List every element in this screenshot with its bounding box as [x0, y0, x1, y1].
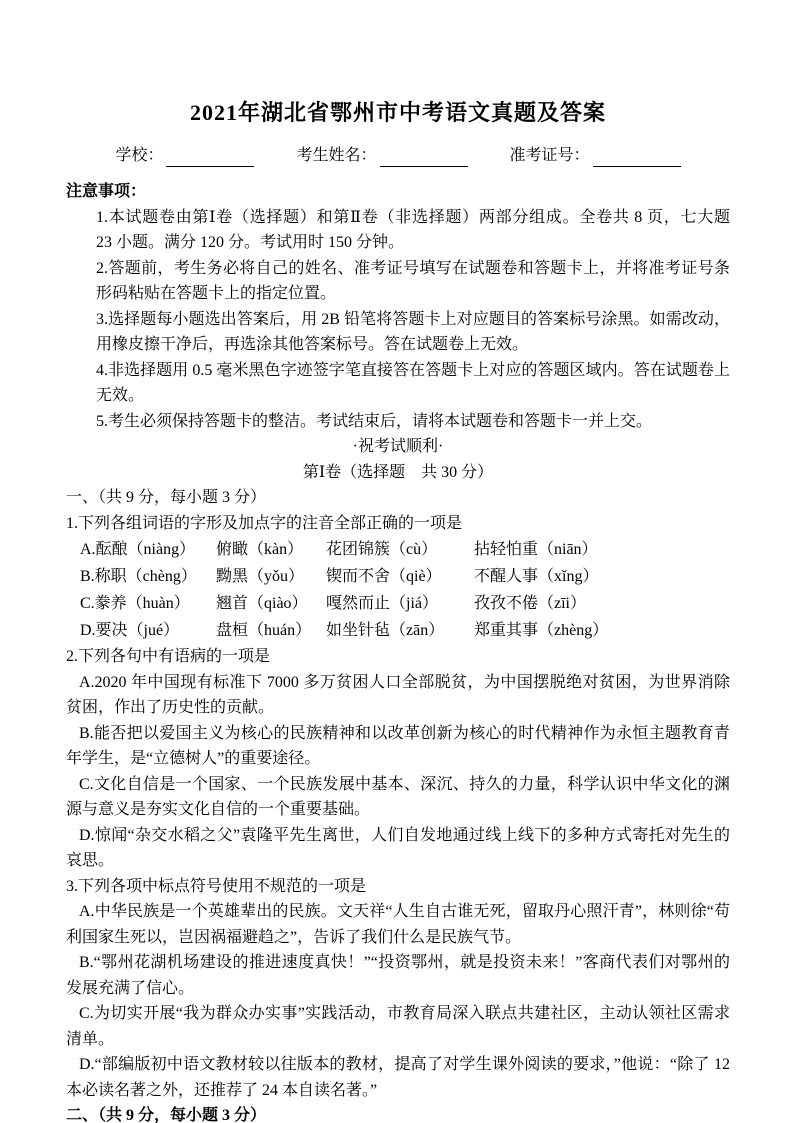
admission-number-blank-line — [593, 151, 681, 167]
question-2-stem: 2.下列各句中有语病的一项是 — [66, 644, 730, 670]
question-2-option-b: B.能否把以爱国主义为核心的民族精神和以改革创新为核心的时代精神作为永恒主题教育… — [66, 721, 730, 772]
section-2-heading: 二、（共 9 分，每小题 3 分） — [66, 1103, 730, 1123]
notice-item-5: 5.考生必须保持答题卡的整洁。考试结束后，请将本试题卷和答题卡一并上交。 — [96, 409, 730, 435]
exam-wish: ·祝考试顺利· — [66, 434, 730, 460]
q1-a-word-3: 花团锦簇（cù） — [326, 536, 474, 563]
question-1-option-c: C.豢养（huàn） 翘首（qiào） 嘎然而止（jiá） 孜孜不倦（zīi） — [80, 590, 730, 617]
notice-item-1: 1.本试题卷由第Ⅰ卷（选择题）和第Ⅱ卷（非选择题）两部分组成。全卷共 8 页，七… — [96, 205, 730, 256]
question-3-stem: 3.下列各项中标点符号使用不规范的一项是 — [66, 874, 730, 900]
q1-b-word-1: B.称职（chèng） — [80, 563, 216, 590]
q1-a-word-2: 俯瞰（kàn） — [216, 536, 326, 563]
q1-c-word-3: 嘎然而止（jiá） — [326, 590, 474, 617]
admission-number-field: 准考证号： — [510, 145, 681, 167]
q1-c-word-2: 翘首（qiào） — [216, 590, 326, 617]
notice-item-3: 3.选择题每小题选出答案后，用 2B 铅笔将答题卡上对应题目的答案标号涂黑。如需… — [96, 307, 730, 358]
question-2-option-d: D.惊闻“杂交水稻之父”袁隆平先生离世，人们自发地通过线上线下的多种方式寄托对先… — [66, 823, 730, 874]
header-fields: 学校： 考生姓名： 准考证号： — [66, 145, 730, 167]
notice-item-4: 4.非选择题用 0.5 毫米黑色字迹签字笔直接答在答题卡上对应的答题区域内。答在… — [96, 358, 730, 409]
student-name-label: 考生姓名： — [296, 145, 376, 167]
notice-item-2: 2.答题前，考生务必将自己的姓名、准考证号填写在试题卷和答题卡上，并将准考证号条… — [96, 256, 730, 307]
q1-b-word-2: 黝黑（yǒu） — [216, 563, 326, 590]
question-2-option-c: C.文化自信是一个国家、一个民族发展中基本、深沉、持久的力量，科学认识中华文化的… — [66, 772, 730, 823]
page-title: 2021年湖北省鄂州市中考语文真题及答案 — [66, 96, 730, 127]
student-name-field: 考生姓名： — [296, 145, 467, 167]
question-3-option-d: D.“部编版初中语文教材较以往版本的教材，提高了对学生课外阅读的要求，”他说：“… — [66, 1052, 730, 1103]
exam-document: 2021年湖北省鄂州市中考语文真题及答案 学校： 考生姓名： 准考证号： 注意事… — [0, 0, 794, 1123]
school-field: 学校： — [115, 145, 254, 167]
school-blank-line — [166, 151, 254, 167]
question-2-option-a: A.2020 年中国现有标准下 7000 多万贫困人口全部脱贫，为中国摆脱绝对贫… — [66, 670, 730, 721]
q1-c-word-4: 孜孜不倦（zīi） — [474, 590, 730, 617]
q1-c-word-1: C.豢养（huàn） — [80, 590, 216, 617]
q1-b-word-3: 锲而不舍（qiè） — [326, 563, 474, 590]
question-3-option-b: B.“鄂州花湖机场建设的推进速度真快！”“投资鄂州，就是投资未来！”客商代表们对… — [66, 950, 730, 1001]
q1-b-word-4: 不醒人事（xǐng） — [474, 563, 730, 590]
q1-d-word-2: 盘桓（huán） — [216, 617, 326, 644]
q1-a-word-4: 拈轻怕重（niān） — [474, 536, 730, 563]
admission-number-label: 准考证号： — [510, 145, 590, 167]
section-1-heading: 一、（共 9 分，每小题 3 分） — [66, 485, 730, 511]
school-label: 学校： — [115, 145, 163, 167]
question-3-option-a: A.中华民族是一个英雄辈出的民族。文天祥“人生自古谁无死，留取丹心照汗青”，林则… — [66, 899, 730, 950]
question-3-option-c: C.为切实开展“我为群众办实事”实践活动，市教育局深入联点共建社区，主动认领社区… — [66, 1001, 730, 1052]
question-1-option-a: A.酝酿（niàng） 俯瞰（kàn） 花团锦簇（cù） 拈轻怕重（niān） — [80, 536, 730, 563]
question-1-option-b: B.称职（chèng） 黝黑（yǒu） 锲而不舍（qiè） 不醒人事（xǐng） — [80, 563, 730, 590]
q1-d-word-4: 郑重其事（zhèng） — [474, 617, 730, 644]
q1-d-word-3: 如坐针毡（zān） — [326, 617, 474, 644]
question-1-stem: 1.下列各组词语的字形及加点字的注音全部正确的一项是 — [66, 511, 730, 537]
q1-a-word-1: A.酝酿（niàng） — [80, 536, 216, 563]
q1-d-word-1: D.要决（jué） — [80, 617, 216, 644]
notice-heading: 注意事项： — [66, 179, 730, 205]
question-1-option-d: D.要决（jué） 盘桓（huán） 如坐针毡（zān） 郑重其事（zhèng） — [80, 617, 730, 644]
volume-1-title: 第Ⅰ卷（选择题 共 30 分） — [66, 460, 730, 486]
student-name-blank-line — [380, 151, 468, 167]
